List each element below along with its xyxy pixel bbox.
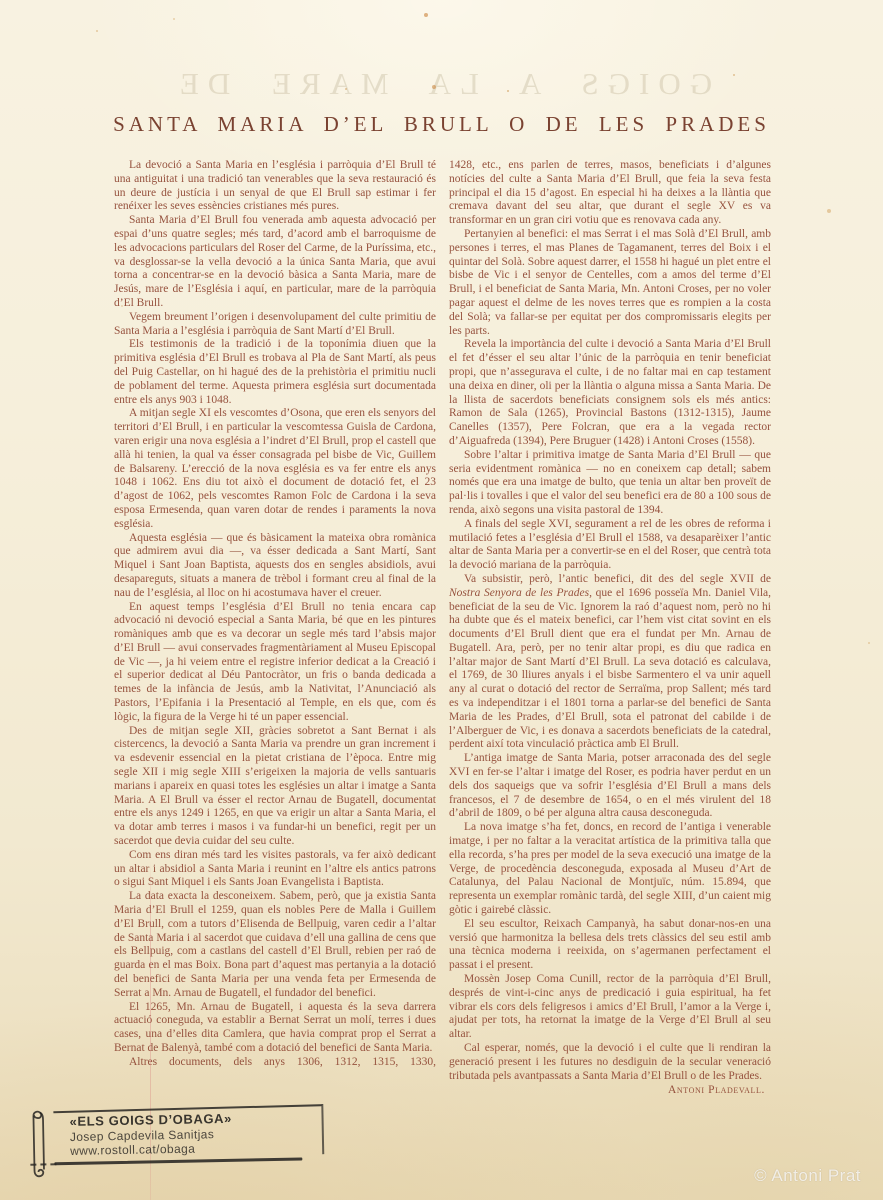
- ghost-showthrough-text: GOIGS A LA MARE DE: [0, 66, 883, 102]
- paragraph: Vegem breument l’origen i desenvolupamen…: [114, 311, 436, 339]
- paragraph: Els testimonis de la tradició i de la to…: [114, 338, 436, 407]
- scroll-icon: [23, 1108, 54, 1186]
- text-columns: La devoció a Santa Maria en l’església i…: [114, 159, 772, 1098]
- paragraph: A finals del segle XVI, segurament a rel…: [449, 518, 771, 573]
- paragraph: El 1265, Mn. Arnau de Bugatell, i aquest…: [114, 1001, 436, 1056]
- paragraph-segment: que el 1696 posseïa Mn. Daniel Vila, ben…: [449, 587, 771, 751]
- paragraph: Revela la importància del culte i devoci…: [449, 338, 771, 448]
- paragraph: Santa Maria d’El Brull fou venerada amb …: [114, 214, 436, 311]
- paragraph: La nova imatge s’ha fet, doncs, en recor…: [449, 821, 771, 918]
- document-page: GOIGS A LA MARE DE SANTA MARIA D’EL BRUL…: [0, 0, 883, 1200]
- page-title: SANTA MARIA D’EL BRULL O DE LES PRADES: [0, 112, 883, 137]
- left-column: La devoció a Santa Maria en l’església i…: [114, 159, 436, 1098]
- paragraph: La data exacta la desconeixem. Sabem, pe…: [114, 890, 436, 1000]
- paragraph: Sobre l’altar i primitiva imatge de Sant…: [449, 449, 771, 518]
- author-credit: Antoni Pladevall.: [449, 1084, 771, 1098]
- paragraph: Com ens diran més tard les visites pasto…: [114, 849, 436, 890]
- paragraph-continued: Altres documents, dels anys 1306, 1312, …: [114, 1056, 436, 1070]
- paragraph: Va subsistir, però, l’antic benefici, di…: [449, 573, 771, 752]
- paragraph: Cal esperar, només, que la devoció i el …: [449, 1042, 771, 1083]
- copyright-watermark: © Antoni Prat: [754, 1166, 861, 1186]
- foxing-spots: [0, 0, 2, 2]
- paragraph-segment-italic: Nostra Senyora de les Prades,: [449, 587, 592, 599]
- right-column: 1428, etc., ens parlen de terres, masos,…: [449, 159, 771, 1098]
- paragraph: A mitjan segle XI els vescomtes d’Osona,…: [114, 407, 436, 531]
- stamp-text: «ELS GOIGS D’OBAGA» Josep Capdevila Sani…: [69, 1112, 232, 1159]
- paragraph-continuation: 1428, etc., ens parlen de terres, masos,…: [449, 159, 771, 228]
- paragraph: Pertanyien al benefici: el mas Serrat i …: [449, 228, 771, 338]
- paragraph: Des de mitjan segle XII, gràcies sobreto…: [114, 725, 436, 849]
- paragraph: L’antiga imatge de Santa Maria, potser a…: [449, 752, 771, 821]
- paragraph: El seu escultor, Reixach Campanyà, ha sa…: [449, 918, 771, 973]
- paragraph: Aquesta església — que és bàsicament la …: [114, 532, 436, 601]
- paragraph: Mossèn Josep Coma Cunill, rector de la p…: [449, 973, 771, 1042]
- paragraph-segment: Va subsistir, però, l’antic benefici, di…: [464, 573, 771, 585]
- collection-stamp: «ELS GOIGS D’OBAGA» Josep Capdevila Sani…: [11, 1101, 332, 1185]
- paragraph: En aquest temps l’església d’El Brull no…: [114, 601, 436, 725]
- paragraph: La devoció a Santa Maria en l’església i…: [114, 159, 436, 214]
